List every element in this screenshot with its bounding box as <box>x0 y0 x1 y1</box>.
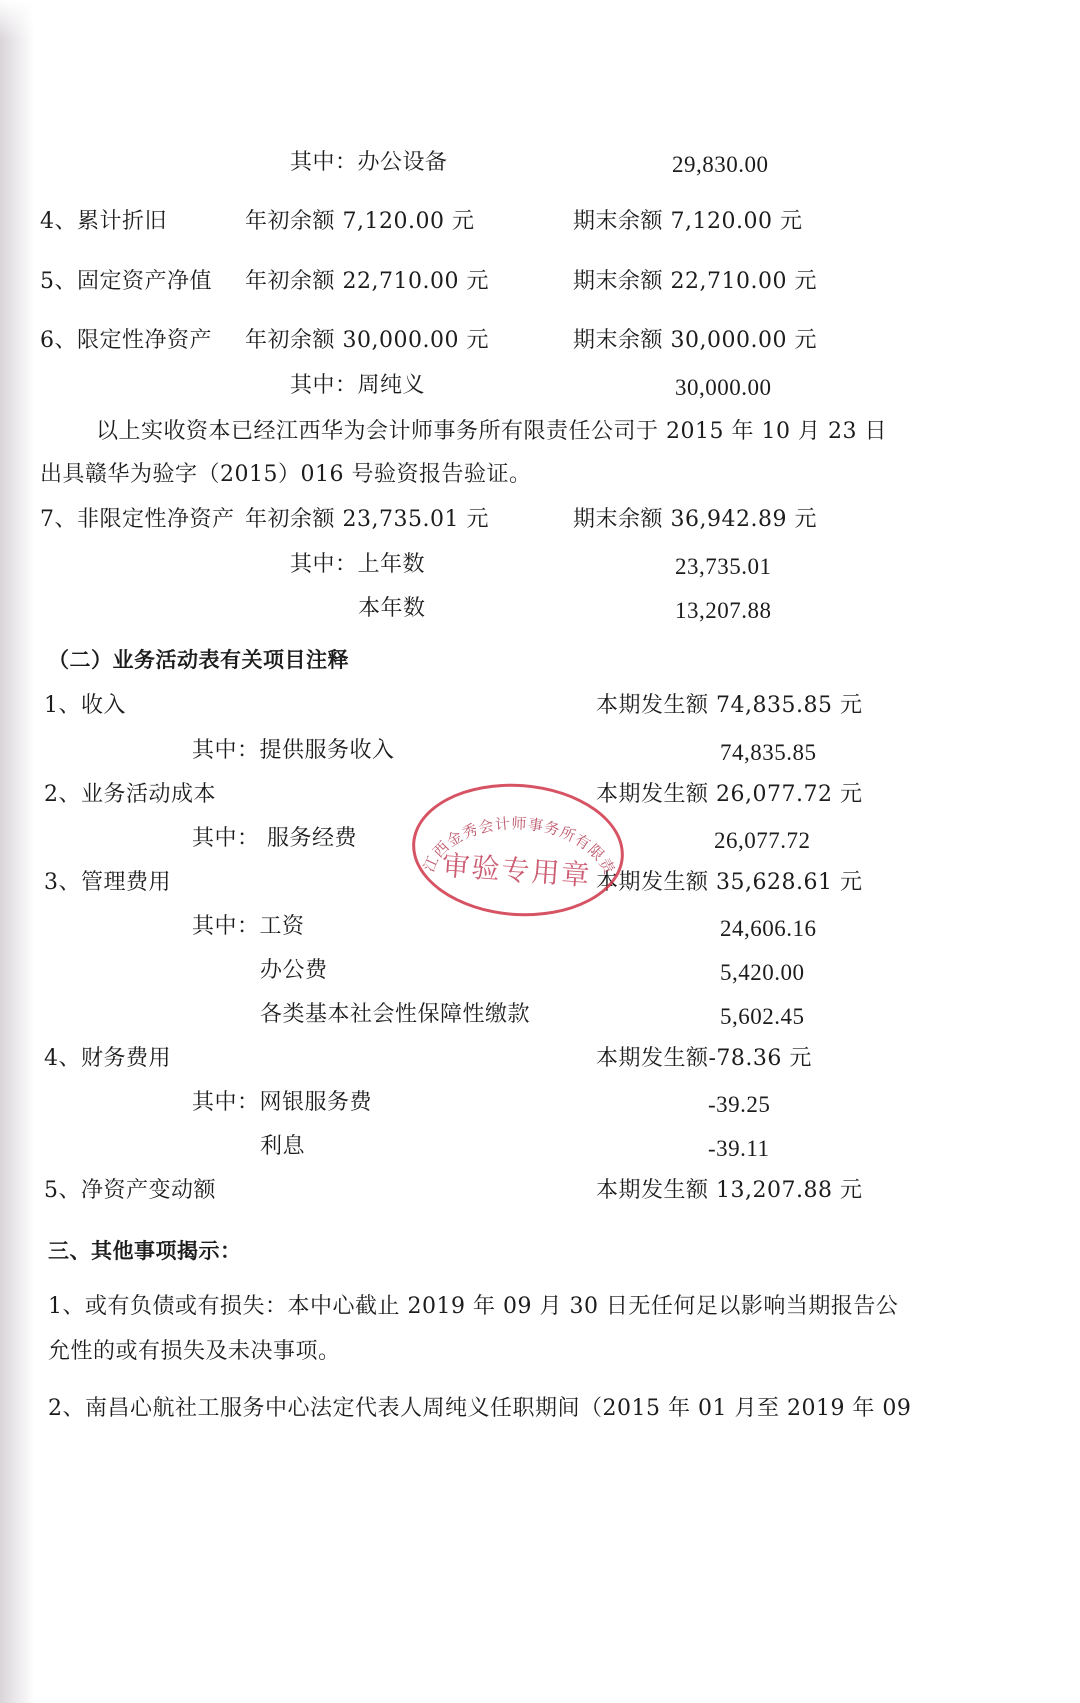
restricted-detail-label: 其中：周纯义 <box>290 371 425 401</box>
contingent-liability-line1: 1、或有负债或有损失：本中心截止 2019 年 09 月 30 日无任何足以影响… <box>48 1292 898 1322</box>
unrestricted-prior-year-label: 其中：上年数 <box>290 550 425 580</box>
restricted-net-assets-label: 6、限定性净资产 <box>40 326 212 356</box>
salary-label: 其中：工资 <box>192 912 305 942</box>
interest-label: 利息 <box>260 1132 305 1162</box>
restricted-net-assets-opening: 年初余额 30,000.00 元 <box>245 326 489 356</box>
unrestricted-net-assets-closing: 期末余额 36,942.89 元 <box>573 505 817 535</box>
unrestricted-net-assets-opening: 年初余额 23,735.01 元 <box>245 505 489 535</box>
business-cost-label: 2、业务活动成本 <box>44 780 216 810</box>
online-banking-fee-value: -39.25 <box>708 1090 770 1120</box>
verification-paragraph-line2: 出具赣华为验字（2015）016 号验资报告验证。 <box>40 460 531 490</box>
social-security-label: 各类基本社会性保障性缴款 <box>260 1000 530 1030</box>
office-equipment-value: 29,830.00 <box>672 150 769 180</box>
restricted-detail-value: 30,000.00 <box>675 373 772 403</box>
fixed-asset-net-opening: 年初余额 22,710.00 元 <box>245 267 489 297</box>
office-expense-value: 5,420.00 <box>720 958 805 988</box>
interest-value: -39.11 <box>708 1134 770 1164</box>
income-label: 1、收入 <box>44 691 126 721</box>
contingent-liability-line2: 允性的或有损失及未决事项。 <box>48 1337 341 1367</box>
finance-expense-amount: 本期发生额-78.36 元 <box>596 1044 812 1074</box>
service-income-label: 其中：提供服务收入 <box>192 736 395 766</box>
unrestricted-net-assets-label: 7、非限定性净资产 <box>40 505 235 535</box>
admin-expense-amount: 本期发生额 35,628.61 元 <box>596 868 862 898</box>
finance-expense-label: 4、财务费用 <box>44 1044 171 1074</box>
accumulated-depreciation-label: 4、累计折旧 <box>40 207 167 237</box>
unrestricted-current-year-label: 本年数 <box>358 594 426 624</box>
activity-notes-heading: （二）业务活动表有关项目注释 <box>48 645 349 675</box>
admin-expense-label: 3、管理费用 <box>44 868 171 898</box>
net-asset-change-label: 5、净资产变动额 <box>44 1176 216 1206</box>
other-disclosures-heading: 三、其他事项揭示： <box>48 1236 242 1266</box>
service-funding-value: 26,077.72 <box>714 826 811 856</box>
net-asset-change-amount: 本期发生额 13,207.88 元 <box>596 1176 862 1206</box>
page-edge-highlight <box>0 0 40 40</box>
accumulated-depreciation-closing: 期末余额 7,120.00 元 <box>573 207 802 237</box>
office-expense-label: 办公费 <box>260 956 328 986</box>
service-funding-label: 其中： 服务经费 <box>192 824 357 854</box>
income-amount: 本期发生额 74,835.85 元 <box>596 691 862 721</box>
restricted-net-assets-closing: 期末余额 30,000.00 元 <box>573 326 817 356</box>
service-income-value: 74,835.85 <box>720 738 817 768</box>
verification-paragraph-line1: 以上实收资本已经江西华为会计师事务所有限责任公司于 2015 年 10 月 23… <box>96 417 887 447</box>
page-edge-shadow <box>0 0 34 1703</box>
salary-value: 24,606.16 <box>720 914 817 944</box>
unrestricted-prior-year-value: 23,735.01 <box>675 552 772 582</box>
unrestricted-current-year-value: 13,207.88 <box>675 596 772 626</box>
accumulated-depreciation-opening: 年初余额 7,120.00 元 <box>245 207 474 237</box>
fixed-asset-net-closing: 期末余额 22,710.00 元 <box>573 267 817 297</box>
fixed-asset-net-label: 5、固定资产净值 <box>40 267 212 297</box>
social-security-value: 5,602.45 <box>720 1002 805 1032</box>
online-banking-fee-label: 其中：网银服务费 <box>192 1088 372 1118</box>
legal-representative-line1: 2、南昌心航社工服务中心法定代表人周纯义任职期间（2015 年 01 月至 20… <box>48 1394 911 1424</box>
business-cost-amount: 本期发生额 26,077.72 元 <box>596 780 862 810</box>
office-equipment-label: 其中：办公设备 <box>290 148 448 178</box>
audit-seal: 江西金秀会计师事务所有限责任公司 审验专用章 <box>408 777 629 923</box>
